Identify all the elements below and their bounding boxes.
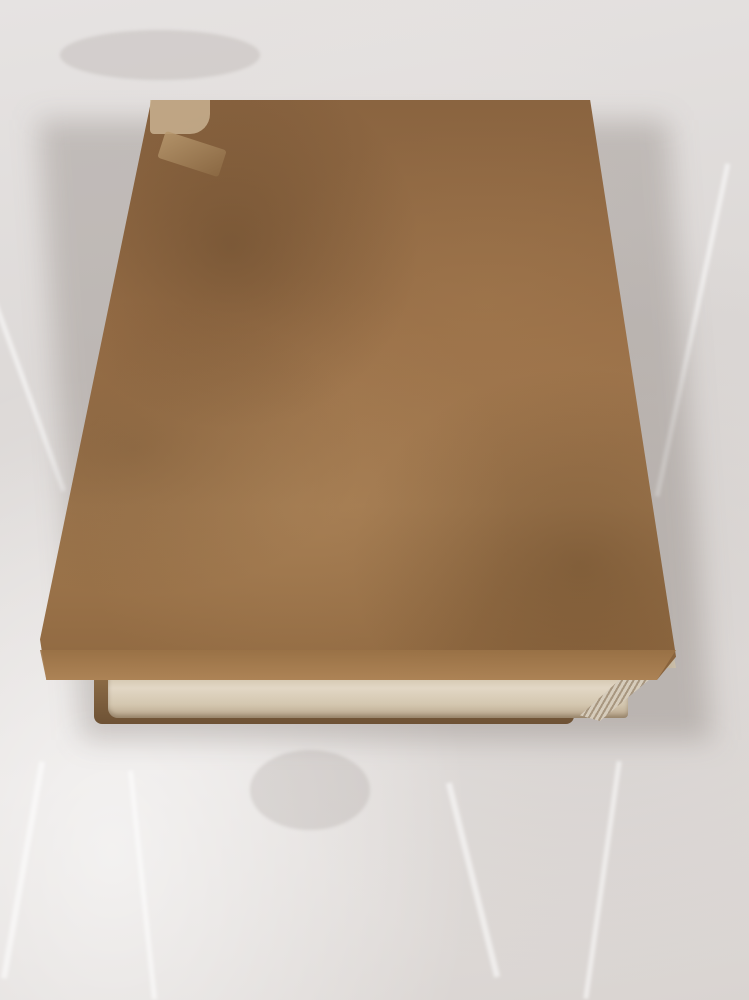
paper-crease (128, 770, 157, 999)
worn-cover-corner (150, 100, 210, 134)
book-cover-edge (40, 650, 676, 680)
paper-crease (446, 782, 500, 978)
paper-crease (1, 761, 45, 979)
book-front-cover (40, 100, 676, 680)
paper-shadow (250, 750, 370, 830)
paper-crease (583, 761, 621, 999)
paper-shadow (60, 30, 260, 80)
